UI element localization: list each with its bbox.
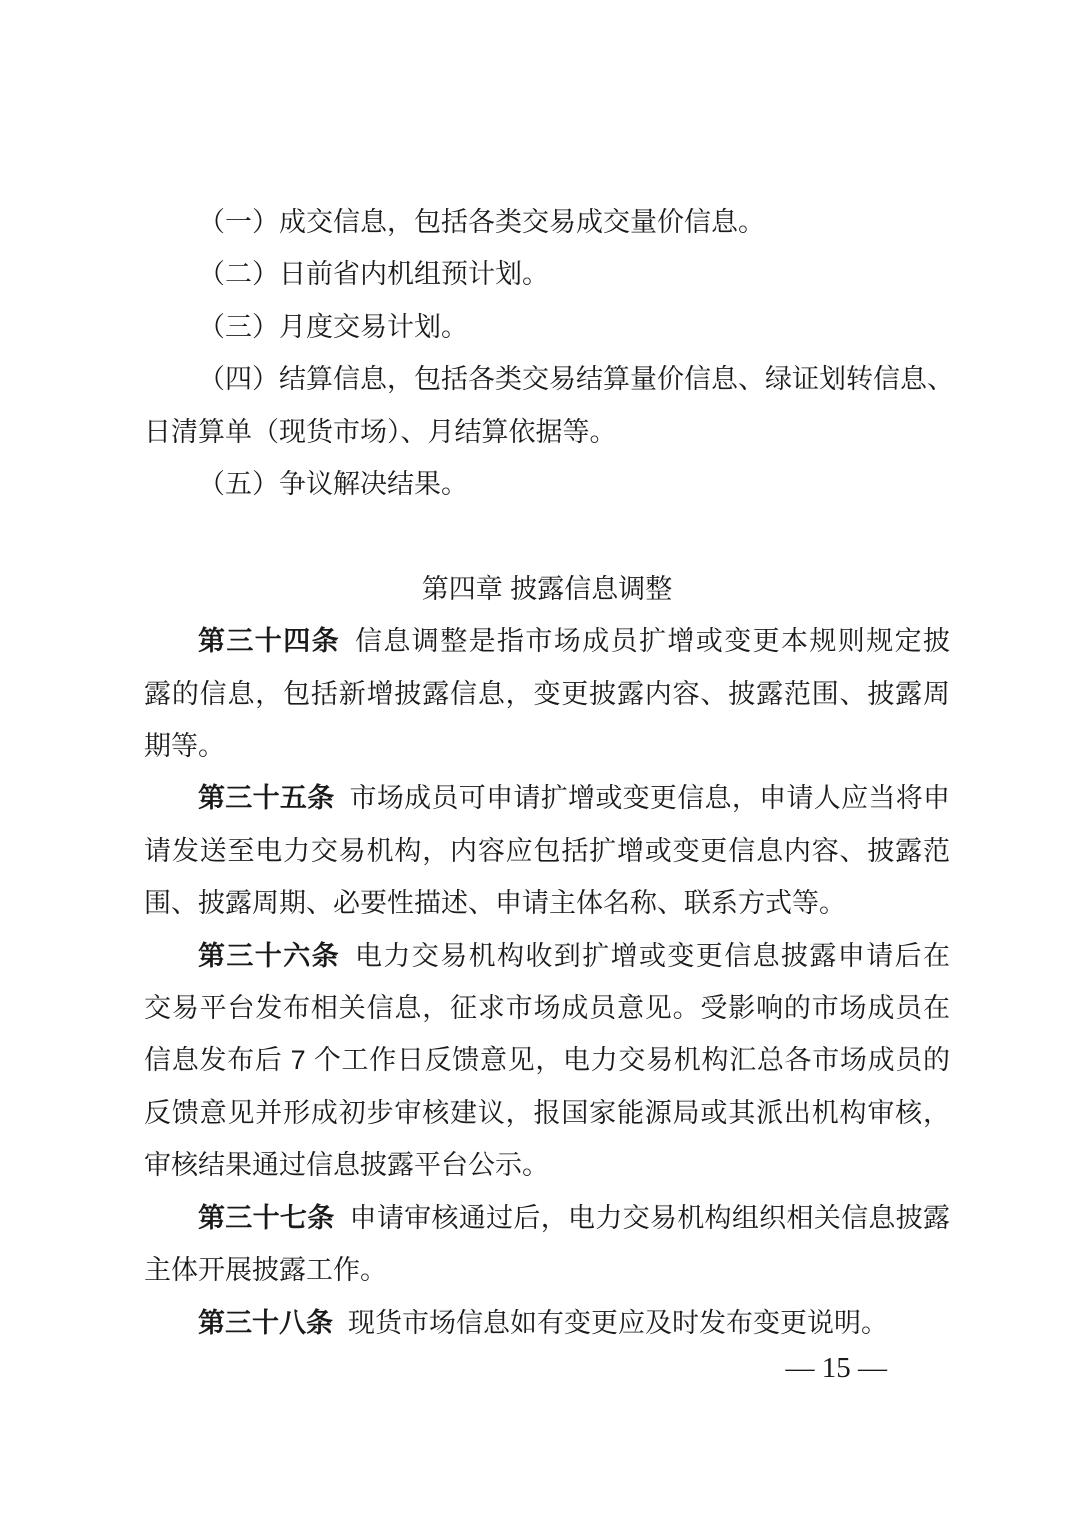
continuation-line: 审核结果通过信息披露平台公示。 [144,1139,950,1191]
list-item: （五）争议解决结果。 [144,458,950,510]
article-text: 市场成员可申请扩增或变更信息，申请人应当将申 [350,783,950,813]
continuation-line: 信息发布后 7 个工作日反馈意见，电力交易机构汇总各市场成员的 [144,1034,950,1086]
document-page: （一）成交信息，包括各类交易成交量价信息。 （二）日前省内机组预计划。 （三）月… [0,0,1080,1527]
page-number: — 15 — [786,1352,888,1384]
list-item: （一）成交信息，包括各类交易成交量价信息。 [144,196,950,248]
continuation-line: 露的信息，包括新增披露信息，变更披露内容、披露范围、披露周 [144,668,950,720]
document-body: （一）成交信息，包括各类交易成交量价信息。 （二）日前省内机组预计划。 （三）月… [144,196,950,1349]
chapter-heading: 第四章 披露信息调整 [144,563,950,615]
article-number: 第三十五条 [198,783,335,813]
list-item: （三）月度交易计划。 [144,301,950,353]
continuation-line: 反馈意见并形成初步审核建议，报国家能源局或其派出机构审核， [144,1087,950,1139]
article-number: 第三十六条 [198,941,340,971]
article-line: 第三十五条市场成员可申请扩增或变更信息，申请人应当将申 [144,772,950,824]
article-text: 信息调整是指市场成员扩增或变更本规则规定披 [355,626,950,656]
article-text: 申请审核通过后，电力交易机构组织相关信息披露 [350,1203,950,1233]
article-number: 第三十四条 [198,626,340,656]
article-line: 第三十七条申请审核通过后，电力交易机构组织相关信息披露 [144,1192,950,1244]
article-line: 第三十四条信息调整是指市场成员扩增或变更本规则规定披 [144,615,950,667]
continuation-line: 交易平台发布相关信息，征求市场成员意见。受影响的市场成员在 [144,982,950,1034]
article-number: 第三十七条 [198,1203,335,1233]
continuation-line: 日清算单（现货市场）、月结算依据等。 [144,406,950,458]
continuation-line: 主体开展披露工作。 [144,1244,950,1296]
continuation-line: 期等。 [144,720,950,772]
article-text: 电力交易机构收到扩增或变更信息披露申请后在 [355,941,950,971]
article-number: 第三十八条 [198,1308,333,1338]
article-line: 第三十八条现货市场信息如有变更应及时发布变更说明。 [144,1297,950,1349]
page-footer: — 15 — [786,1352,888,1385]
continuation-line: 围、披露周期、必要性描述、申请主体名称、联系方式等。 [144,877,950,929]
list-item: （四）结算信息，包括各类交易结算量价信息、绿证划转信息、 [144,353,950,405]
article-line: 第三十六条电力交易机构收到扩增或变更信息披露申请后在 [144,930,950,982]
article-text: 现货市场信息如有变更应及时发布变更说明。 [348,1308,888,1338]
continuation-line: 请发送至电力交易机构，内容应包括扩增或变更信息内容、披露范 [144,825,950,877]
list-item: （二）日前省内机组预计划。 [144,248,950,300]
